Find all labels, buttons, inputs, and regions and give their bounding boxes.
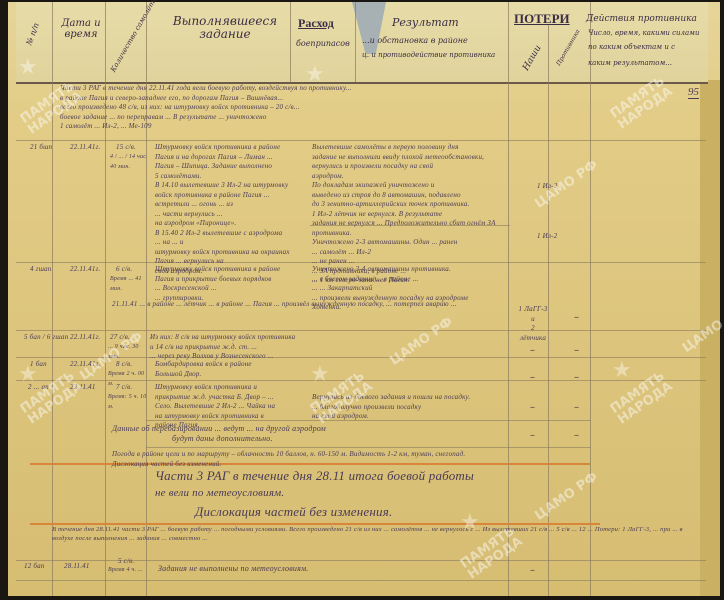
row-date: 22.11.41г. <box>70 333 100 343</box>
text-line: вернулись и произвели посадку на свой <box>312 162 507 172</box>
text-line: Пагия – Шипица. Задание выполнено <box>155 162 305 172</box>
intro-line: 1 самолёт ... Ил-2, ... Ме-109 <box>60 122 500 132</box>
row-loss-enemy: – <box>574 372 579 383</box>
row-task: Штурмовку войск противника в районеПагия… <box>155 265 305 303</box>
text-line: В 15.40 2 Ил-2 вылетевшие с аэродрома <box>155 229 305 239</box>
relocation-line: Данные об перебазировании ... ведут ... … <box>112 424 507 434</box>
row-divider <box>16 580 706 581</box>
text-line: ... части вернулись ... <box>155 210 305 220</box>
text-line: 2 лётчика <box>518 324 548 343</box>
row-sorties-sub: 4 / ... / 14 час. 40 мин. <box>110 153 148 172</box>
row-unit: 5 бап / 6 гшап <box>24 333 68 343</box>
text-line: и 14 с/в на прикрытие ж.д. ст. ... <box>150 343 310 353</box>
header-enemy-actions: Действия противника <box>586 15 697 25</box>
text-line: В 14.10 вылетевшие 3 Ил-2 на штурмовку <box>155 181 305 191</box>
text-line: 5 самолётами. <box>155 172 305 182</box>
row-sorties: 8 с/в. <box>116 360 132 370</box>
row-loss-ours: – <box>530 372 535 383</box>
header-losses: ПОТЕРИ <box>514 12 570 26</box>
row-divider <box>16 140 706 141</box>
star-icon: ★ <box>305 62 325 87</box>
row-sorties-sub: Время: 5 ч. 10 м. <box>108 393 148 412</box>
star-icon: ★ <box>18 362 38 387</box>
text-line: Из них: 8 с/в на штурмовку войск противн… <box>150 333 310 343</box>
text-line: прикрытие ж.д. участка Б. Двор – ... <box>155 393 305 403</box>
row-task: Бомбардировка войск в районеБольшой Двор… <box>155 360 305 379</box>
relocation-line: будут даны дополнительно. <box>112 434 507 444</box>
summary-line: Дислокация частей без изменения. <box>195 504 392 520</box>
row-date: 28.11.41 <box>64 562 90 572</box>
text-line: Штурмовку войск противника и <box>155 383 305 393</box>
text-line: выведено из строя до 8 автомашин, подавл… <box>312 191 507 201</box>
row-loss-ours: 1 Ил-2 <box>537 232 557 242</box>
row-date: 22.11.41г. <box>70 143 100 153</box>
relocation-loss-ours: – <box>530 430 535 441</box>
text-line: задания не вернулся ... Предположительно… <box>312 219 507 238</box>
intro-line: в районе Пагия и северо-западнее его, по… <box>60 94 500 104</box>
text-line: Село. Вылетевшие 2 Ил-2 ... Чайка на <box>155 402 305 412</box>
col-divider <box>508 2 509 596</box>
text-line: ... самолёт ... Ил-2 <box>312 248 507 258</box>
row-loss-ours: – <box>530 345 535 356</box>
row-sorties-sub: Время 4 ч. ... <box>108 566 143 576</box>
intro-text: Части 3 РАГ в течение дня 22.11.41 года … <box>60 84 500 132</box>
text-line: и <box>518 315 548 325</box>
row-unit: 12 бап <box>24 562 44 572</box>
relocation-note: Данные об перебазировании ... ведут ... … <box>112 424 507 443</box>
header-date-time: Дата и время <box>58 18 104 40</box>
summary-line: не вели по метеоусловиям. <box>155 486 284 500</box>
row-task: Из них: 8 с/в на штурмовку войск противн… <box>150 333 310 362</box>
text-line: Большой Двор. <box>155 370 305 380</box>
page-number: 95 <box>688 86 699 99</box>
text-line: Пагия и прикрытие боевых порядков <box>155 275 305 285</box>
star-icon: ★ <box>18 55 38 80</box>
text-line: Уничтожено 2-3 автомашины. Один ... ране… <box>312 238 507 248</box>
row-loss-ours: 1 ЛаГГ-3и2 лётчика <box>518 305 548 343</box>
text-line: ... ... Закарпатский <box>312 284 507 294</box>
header-result: Результат <box>392 17 459 29</box>
row-divider <box>16 330 706 331</box>
text-line: встретили ... огонь ... из <box>155 200 305 210</box>
intro-line: всего произведено 48 с/в, из них: на шту… <box>60 103 500 113</box>
col-divider <box>355 2 356 82</box>
text-line: По докладам экипажей уничтожено и <box>312 181 507 191</box>
text-line: ... в боевом задании ... в районе ... <box>312 275 507 285</box>
row-loss-ours: – <box>530 565 535 576</box>
star-icon: ★ <box>460 510 480 535</box>
row-loss-enemy: – <box>574 312 579 323</box>
text-line: ... Воскресенской ... <box>155 284 305 294</box>
summary-line: Части 3 РАГ в течение дня 28.11 итога бо… <box>155 468 474 484</box>
text-line: Штурмовку войск противника в районе <box>155 143 305 153</box>
text-line: аэродром. <box>312 172 507 182</box>
row-sorties: 15 с/в. <box>116 143 136 153</box>
row-date: 22.11.41г. <box>70 265 100 275</box>
text-line: Штурмовку войск противника в районе <box>155 265 305 275</box>
text-line: на аэродром «Пиронице». <box>155 219 305 229</box>
text-line: до 3 зенитно-артиллерийских точек против… <box>312 200 507 210</box>
bottom-entry: В течение дня 28.11.41 части 3 РАГ ... б… <box>52 525 702 543</box>
header-result-l2: ц. и противодействие противника <box>362 52 495 60</box>
row-sorties: 6 с/в. <box>116 265 132 275</box>
header-result-l1: ...и обстановка в районе <box>362 37 468 46</box>
weather-line: Погода в районе цели и по маршруту – обл… <box>112 450 592 460</box>
text-line: Бомбардировка войск в районе <box>155 360 305 370</box>
header-consumption-sub: боеприпасов <box>296 40 350 49</box>
intro-line: боевое задание ... по переправам ... В р… <box>60 113 500 123</box>
row-divider <box>146 447 591 448</box>
weather-note: Погода в районе цели и по маршруту – обл… <box>112 450 592 469</box>
text-line: штурмовку войск противника на окраинах <box>155 248 305 258</box>
row-note: 21.11.41 ... в районе ... лётчик ... в р… <box>112 300 507 310</box>
row-sorties: 7 с/в. <box>116 383 132 393</box>
row-loss-ours: – <box>530 402 535 413</box>
row-task: Задания не выполнены по метеоусловиям. <box>158 564 309 574</box>
star-icon: ★ <box>310 362 330 387</box>
header-consumption: Расход <box>298 17 334 30</box>
text-line: Уничтожено 3-4 автомашины противника. <box>312 265 507 275</box>
intro-line: Части 3 РАГ в течение дня 22.11.41 года … <box>60 84 500 94</box>
header-enemy-actions-l1: Число, время, какими силами <box>588 30 700 38</box>
header-enemy-actions-l2: по каким объектам и с <box>588 44 675 52</box>
relocation-loss-enemy: – <box>574 430 579 441</box>
row-unit: 21 бшп <box>30 143 52 153</box>
text-line: на штурмовку войск противника в <box>155 412 305 422</box>
header-enemy-actions-l3: каким результатом... <box>588 60 672 68</box>
text-line: Пагия и на дорогах Пагия – Лиман ... <box>155 153 305 163</box>
col-divider <box>590 2 591 596</box>
col-divider <box>290 2 291 82</box>
text-line: ... на ... и <box>155 238 305 248</box>
row-unit: 4 гшап <box>30 265 51 275</box>
header-task: Выполнявшееся задание <box>160 15 290 41</box>
row-sorties-sub: Время ... 41 мин. <box>110 275 148 294</box>
star-icon: ★ <box>612 358 632 383</box>
text-line: задание не выполнили ввиду плохой метеоо… <box>312 153 507 163</box>
text-line: 1 Ил-2 лётчик не вернулся. В результате <box>312 210 507 220</box>
row-task: Штурмовку войск противника в районеПагия… <box>155 143 305 276</box>
text-line: Вылетевшие самолёты в первую половину дн… <box>312 143 507 153</box>
text-line: 1 ЛаГГ-3 <box>518 305 548 315</box>
text-line: войск противника в районе Пагия ... <box>155 191 305 201</box>
row-loss-enemy: – <box>574 345 579 356</box>
row-loss-enemy: – <box>574 402 579 413</box>
